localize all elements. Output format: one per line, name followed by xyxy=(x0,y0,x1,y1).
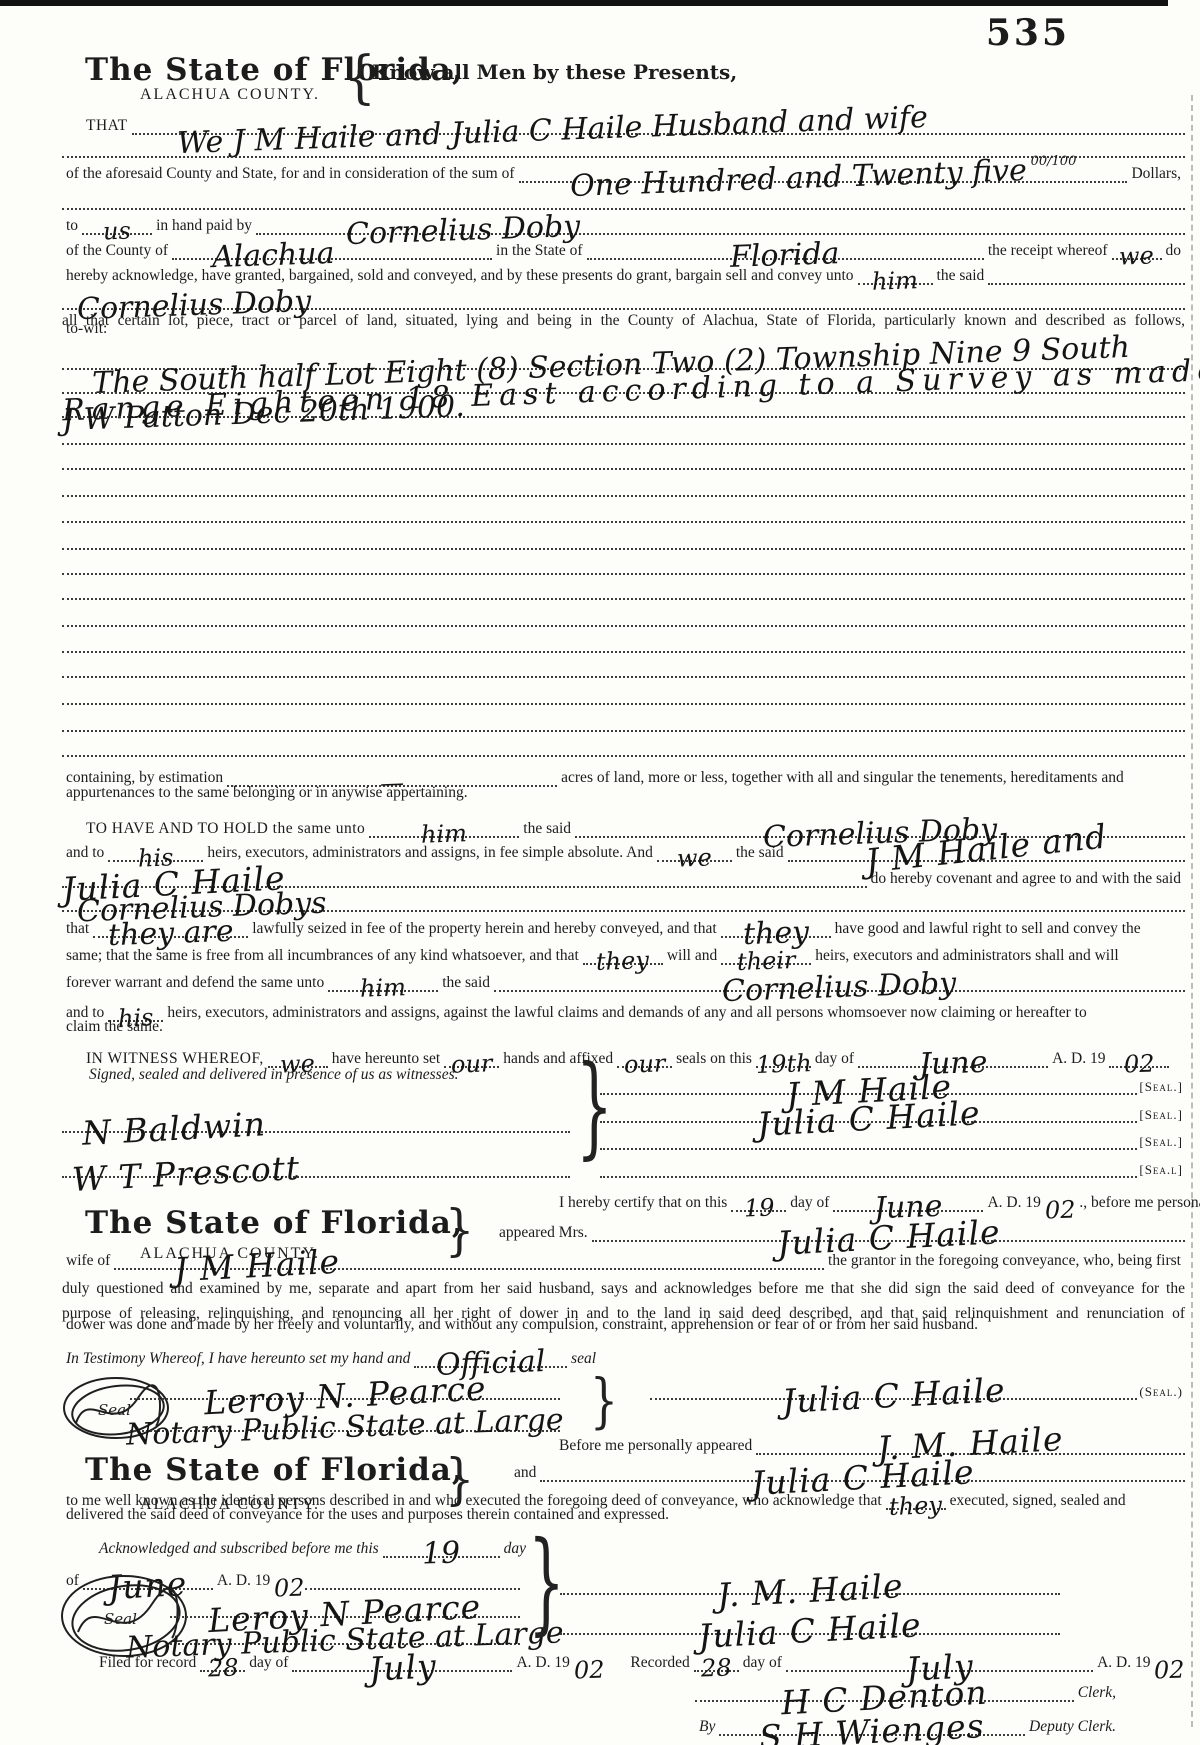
form-line-seized: that they are lawfully seized in fee of … xyxy=(62,912,1185,938)
notary-title-handwriting: Notary Public State at Large xyxy=(126,1415,564,1440)
seal-label: [Seal.] xyxy=(1137,1079,1185,1095)
premise-heading: Know all Men by these Presents, xyxy=(372,60,737,84)
notary-signature: Leroy N. Pearce xyxy=(204,1384,487,1409)
filed-recorded-line: Filed for record 28 day of July A. D. 19… xyxy=(95,1646,1185,1672)
blank-line xyxy=(62,652,1185,678)
ack-before-line: Before me personally appeared J. M. Hail… xyxy=(555,1429,1185,1455)
blank-line xyxy=(62,627,1185,653)
blank-line xyxy=(62,601,1185,627)
form-line-paid-by: to us in hand paid by Cornelius Doby xyxy=(62,209,1185,235)
husband-signature: J M Haile xyxy=(174,1257,340,1276)
ack-subscribed-line: Acknowledged and subscribed before me th… xyxy=(95,1532,530,1558)
state-title-3: The State of Florida, xyxy=(85,1452,464,1488)
wife-signature: Julia C Haile xyxy=(782,1385,1006,1407)
form-line-covenant: Julia C Haile do hereby covenant and agr… xyxy=(62,862,1185,888)
witness-signature-2: W T Prescott xyxy=(62,1152,570,1178)
dower-wife-line: wife of J M Haile the grantor in the for… xyxy=(62,1244,1185,1270)
dower-paragraph-3: dower was done and made by her freely an… xyxy=(62,1316,1185,1342)
form-line-in-witness: IN WITNESS WHEREOF, we have hereunto set… xyxy=(62,1042,1185,1068)
blank-line xyxy=(62,444,1185,470)
signature-line-2: Julia C Haile [Seal.] xyxy=(600,1097,1185,1123)
deputy-clerk-signature: S H Wienges xyxy=(759,1721,985,1743)
ack-notary-title-line: Notary Public State at Large xyxy=(170,1619,520,1645)
form-line-appurtenances: appurtenances to the same belonging or i… xyxy=(62,784,1185,810)
amount-fraction-handwriting: 00/100 xyxy=(1031,154,1077,169)
form-line-grantee: Cornelius Doby xyxy=(62,284,1185,310)
page-edge-line xyxy=(1191,95,1193,1727)
blank-line xyxy=(62,184,1185,210)
form-line-convey: hereby acknowledge, have granted, bargai… xyxy=(62,259,1185,285)
form-line-grantee3: Cornelius Dobys xyxy=(62,886,1185,912)
witness-signature: W T Prescott xyxy=(72,1163,300,1185)
seal-label: [Seal.] xyxy=(1137,1134,1185,1150)
signature-line-4: [Sea.l] xyxy=(600,1152,1185,1178)
ack-signature-line-2: Julia C Haile xyxy=(560,1609,1060,1635)
form-line-consideration: of the aforesaid County and State, for a… xyxy=(62,157,1185,183)
blank-line xyxy=(62,419,1185,445)
grantor-signature: Julia C Haile xyxy=(698,1620,922,1642)
clerk-signature: H C Denton xyxy=(781,1688,988,1709)
signature-line-3: [Seal.] xyxy=(600,1124,1185,1150)
clerk-line: H C Denton Clerk, xyxy=(695,1676,1120,1702)
witness-presence-line: Signed, sealed and delivered in presence… xyxy=(85,1066,560,1092)
form-line-heirs: and to his heirs, executors, administrat… xyxy=(62,836,1185,862)
blank-line xyxy=(62,679,1185,705)
notary-title-line: Notary Public State at Large xyxy=(130,1406,560,1432)
form-line-warrant: forever warrant and defend the same unto… xyxy=(62,966,1185,992)
grantor-signature: J. M. Haile xyxy=(877,1434,1064,1454)
dower-paragraph-1: duly questioned and examined by me, sepa… xyxy=(62,1280,1185,1298)
blank-line xyxy=(62,549,1185,575)
signature-line-1: J M Haile [Seal.] xyxy=(600,1069,1185,1095)
seal-label: [Sea.l] xyxy=(1137,1162,1185,1178)
blank-line xyxy=(62,731,1185,757)
deputy-clerk-line: By S H Wienges Deputy Clerk. xyxy=(695,1710,1120,1736)
blank-line xyxy=(62,471,1185,497)
brace-close-icon: } xyxy=(576,1041,613,1170)
seal-label: [Seal.] xyxy=(1137,1107,1185,1123)
witness-signature-1: N Baldwin xyxy=(62,1107,570,1133)
county-label: ALACHUA COUNTY. xyxy=(140,86,320,104)
notary-signature-line: Leroy N. Pearce xyxy=(130,1374,560,1400)
description-line-3: J W Patton Dec 20th 1900. xyxy=(62,392,1185,418)
dower-signature-line: Julia C Haile (Seal.) xyxy=(650,1374,1185,1400)
ack-delivered-line: delivered the said deed of conveyance fo… xyxy=(62,1506,1185,1532)
blank-line xyxy=(62,497,1185,523)
ack-notary-signature-line: Leroy N Pearce xyxy=(170,1592,520,1618)
seal-label: (Seal.) xyxy=(1137,1384,1185,1400)
blank-line xyxy=(62,706,1185,732)
state-title-2: The State of Florida, xyxy=(85,1205,464,1241)
official-handwriting: Official xyxy=(436,1357,546,1371)
page-top-border xyxy=(0,0,1168,6)
svg-text:Seal: Seal xyxy=(98,1401,131,1419)
form-line-claim-same: claim the same. xyxy=(62,1018,1185,1044)
form-line-county-state: of the County of Alachua in the State of… xyxy=(62,234,1185,260)
ack-signature-line-1: J. M. Haile xyxy=(560,1569,1060,1595)
dower-appeared-line: appeared Mrs. Julia C Haile xyxy=(495,1216,1185,1242)
page-number: 535 xyxy=(986,12,1070,54)
blank-line xyxy=(62,574,1185,600)
dower-certify-line: I hereby certify that on this 19 day of … xyxy=(555,1186,1185,1212)
form-line-free: same; that the same is free from all inc… xyxy=(62,939,1185,965)
witness-signature: N Baldwin xyxy=(82,1119,266,1139)
ack-and-line: and Julia C Haile xyxy=(510,1456,1185,1482)
dower-testimony-line: In Testimony Whereof, I have hereunto se… xyxy=(62,1342,600,1368)
blank-line xyxy=(62,524,1185,550)
svg-text:Seal: Seal xyxy=(104,1610,137,1628)
description-line-2: Range Eighteen 18 East according to a Su… xyxy=(62,368,1185,394)
deed-record-page: 535 The State of Florida, ALACHUA COUNTY… xyxy=(0,0,1200,1745)
brace-close-icon: } xyxy=(590,1367,618,1436)
grantor-signature: J. M. Haile xyxy=(717,1581,904,1601)
